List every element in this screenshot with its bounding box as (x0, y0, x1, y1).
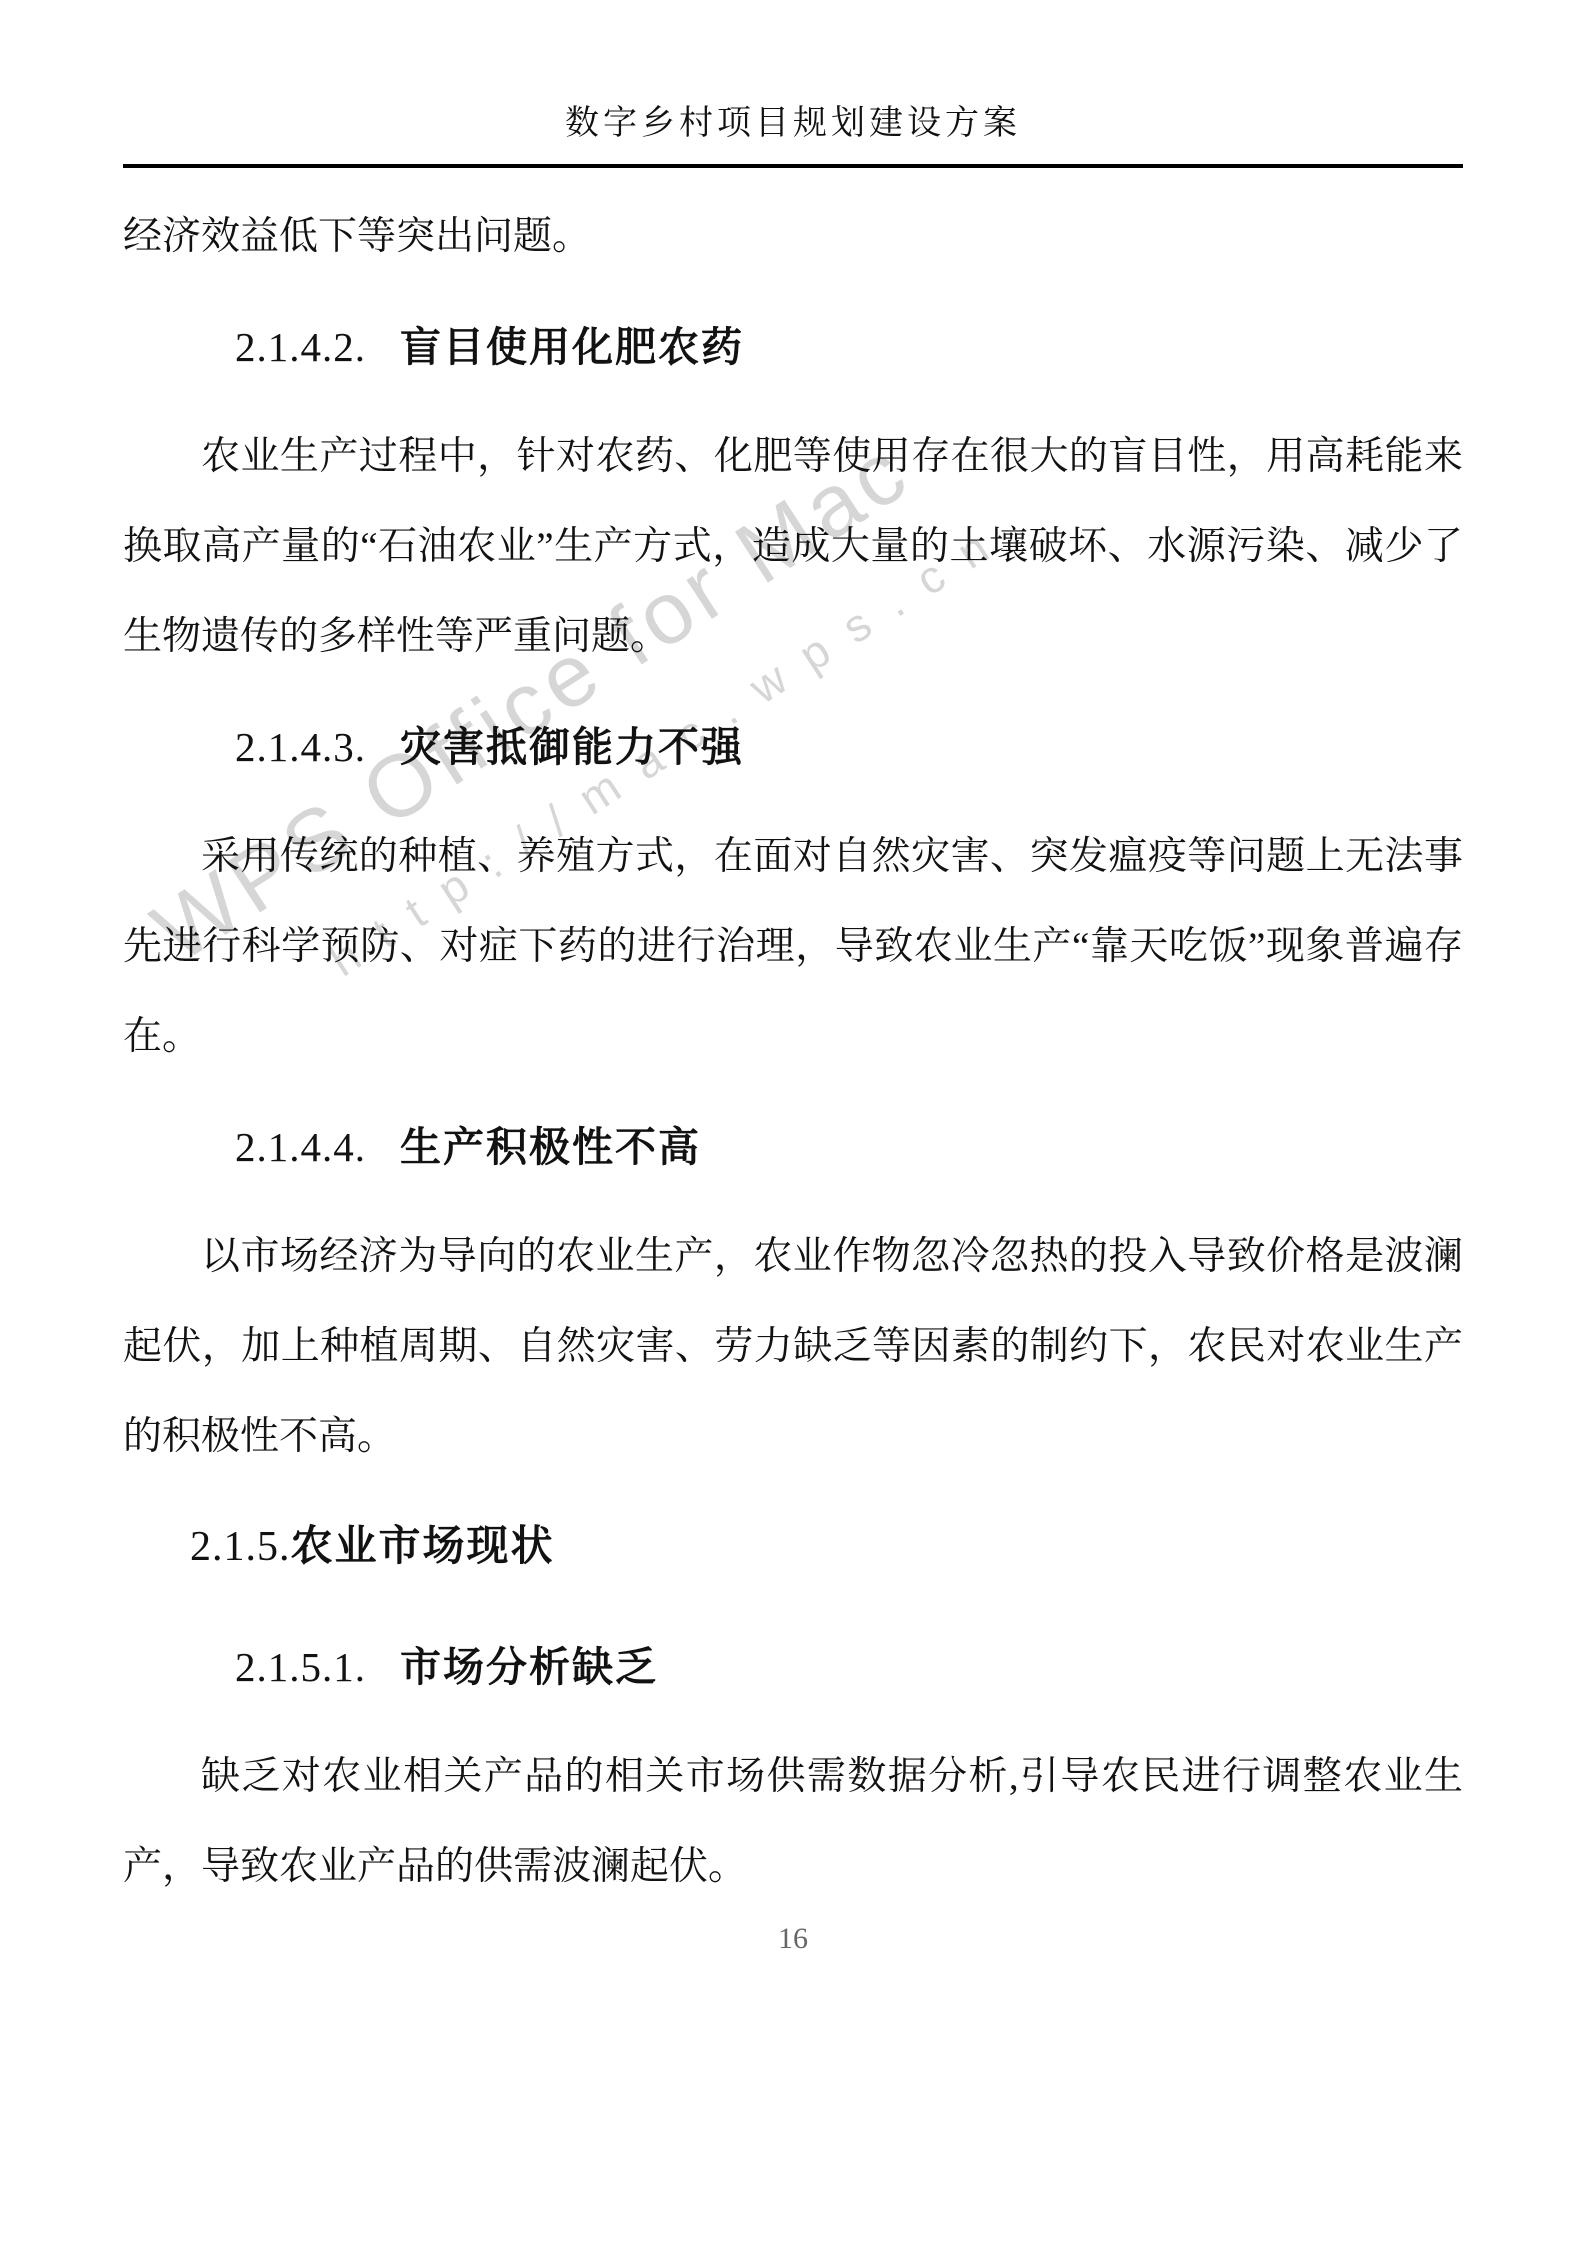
heading-title: 盲目使用化肥农药 (400, 324, 744, 370)
heading-number: 2.1.4.4. (235, 1124, 366, 1170)
heading-title: 灾害抵御能力不强 (400, 724, 744, 770)
document-page: WPS Office for Mac http://mac.wps.cn 数字乡… (0, 0, 1586, 2244)
header-divider (123, 164, 1463, 168)
document-body: 经济效益低下等突出问题。 2.1.4.2.盲目使用化肥农药 农业生产过程中，针对… (123, 192, 1463, 1912)
paragraph: 农业生产过程中，针对农药、化肥等使用存在很大的盲目性，用高耗能来换取高产量的“石… (123, 412, 1463, 682)
page-header: 数字乡村项目规划建设方案 (0, 0, 1586, 168)
heading-number: 2.1.5.1. (235, 1644, 366, 1690)
section-heading-2-1-5-1: 2.1.5.1.市场分析缺乏 (123, 1622, 1463, 1712)
section-heading-2-1-5: 2.1.5.农业市场现状 (123, 1502, 1463, 1592)
header-title: 数字乡村项目规划建设方案 (0, 104, 1586, 144)
heading-number: 2.1.5. (190, 1524, 291, 1570)
page-number: 16 (0, 1922, 1586, 1956)
paragraph: 采用传统的种植、养殖方式，在面对自然灾害、突发瘟疫等问题上无法事先进行科学预防、… (123, 812, 1463, 1082)
paragraph: 经济效益低下等突出问题。 (123, 192, 1463, 282)
heading-title: 生产积极性不高 (400, 1124, 701, 1170)
section-heading-2-1-4-4: 2.1.4.4.生产积极性不高 (123, 1102, 1463, 1192)
heading-title: 市场分析缺乏 (400, 1644, 658, 1690)
paragraph: 以市场经济为导向的农业生产，农业作物忽冷忽热的投入导致价格是波澜起伏，加上种植周… (123, 1212, 1463, 1482)
section-heading-2-1-4-3: 2.1.4.3.灾害抵御能力不强 (123, 702, 1463, 792)
heading-title: 农业市场现状 (291, 1524, 555, 1570)
section-heading-2-1-4-2: 2.1.4.2.盲目使用化肥农药 (123, 302, 1463, 392)
heading-number: 2.1.4.3. (235, 724, 366, 770)
paragraph: 缺乏对农业相关产品的相关市场供需数据分析,引导农民进行调整农业生产，导致农业产品… (123, 1732, 1463, 1912)
heading-number: 2.1.4.2. (235, 324, 366, 370)
